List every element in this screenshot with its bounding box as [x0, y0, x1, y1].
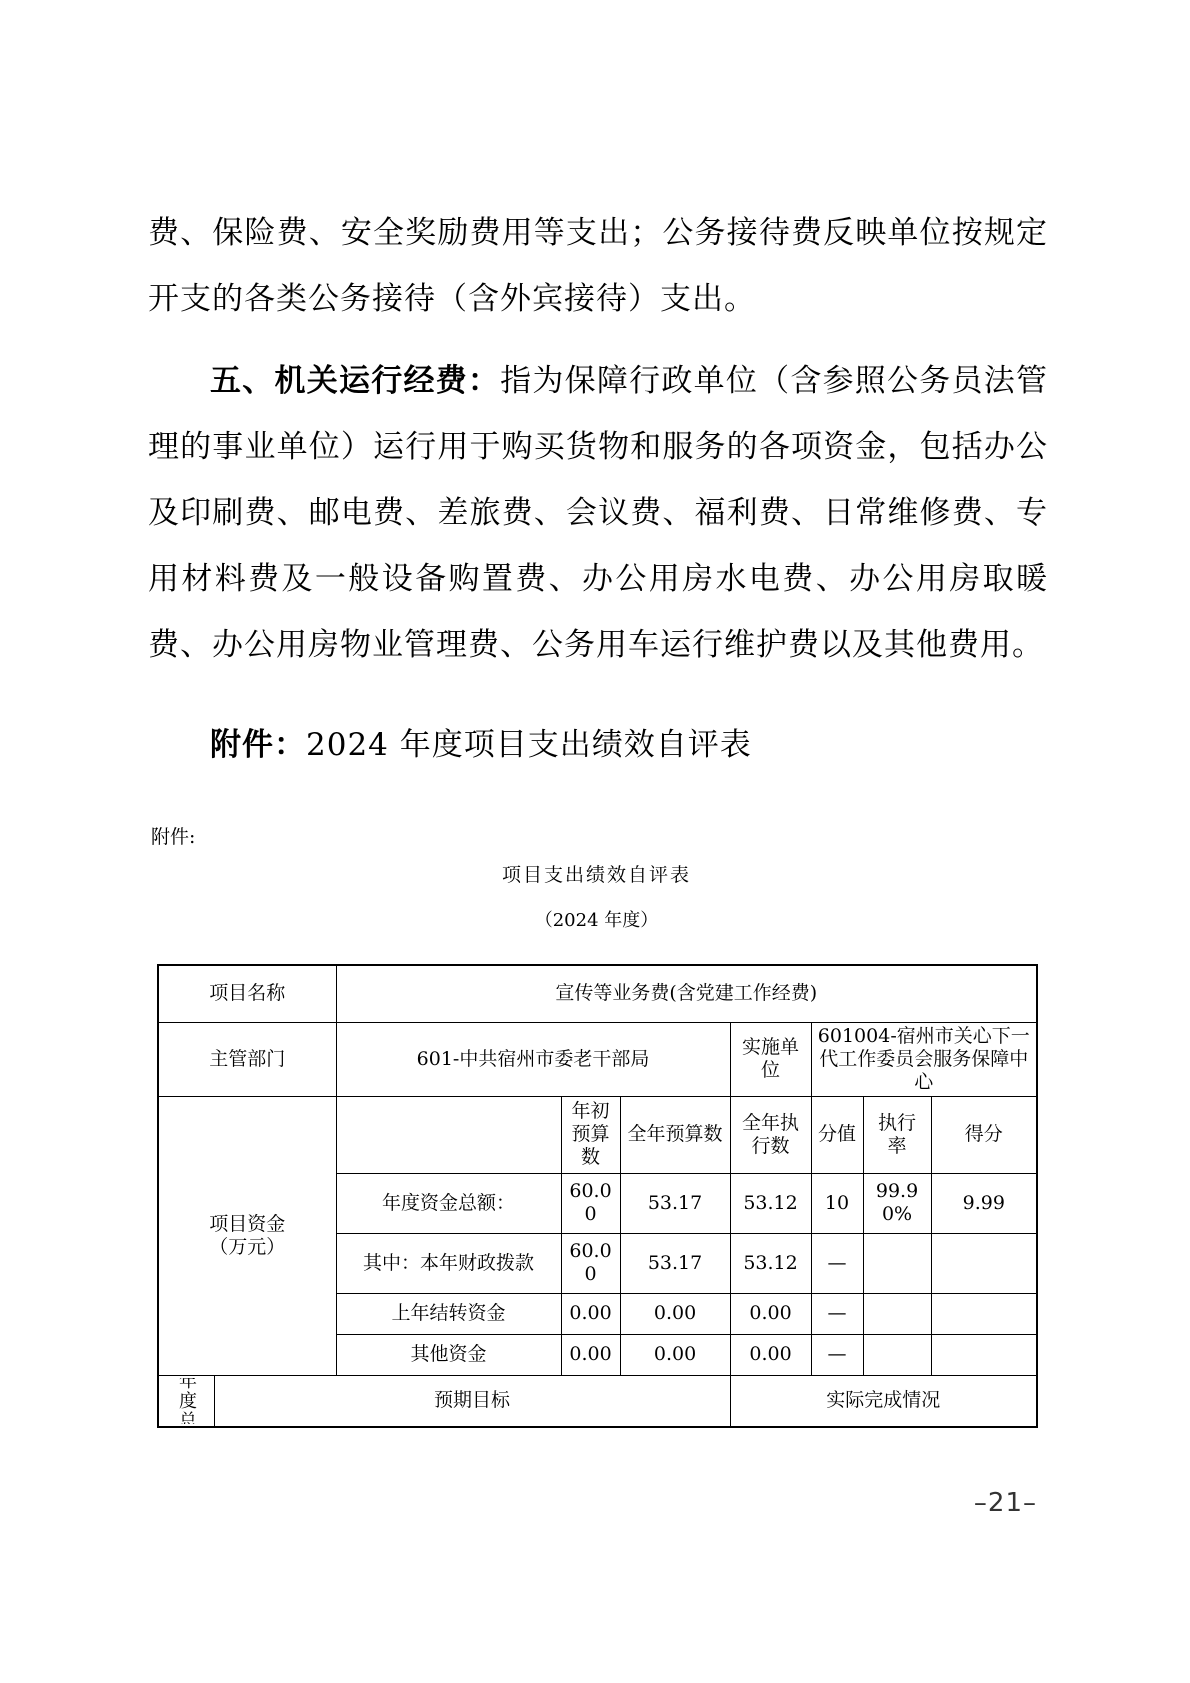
dept-value: 601-中共宿州市委老干部局 [336, 1022, 730, 1096]
cell-score [931, 1233, 1037, 1293]
document-page: { "document": { "para1": "费、保险费、安全奖励费用等支… [0, 0, 1190, 1683]
table-row-goals: 年度总体目标 预期目标 实际完成情况 [158, 1375, 1037, 1427]
row-name: 其中：本年财政拨款 [336, 1233, 561, 1293]
header-annual-exec: 全年执行数 [730, 1096, 811, 1173]
cell-score-weight: — [811, 1334, 863, 1375]
project-funds-label: 项目资金 （万元） [158, 1096, 336, 1375]
cell-score [931, 1334, 1037, 1375]
cell-initial-budget: 0.00 [561, 1293, 620, 1334]
cell-exec-rate: 99.90% [863, 1173, 931, 1233]
header-annual-budget: 全年预算数 [620, 1096, 730, 1173]
dept-label: 主管部门 [158, 1022, 336, 1096]
cell-annual-budget: 0.00 [620, 1334, 730, 1375]
cell-exec-rate [863, 1293, 931, 1334]
header-score: 得分 [931, 1096, 1037, 1173]
cell-annual-budget: 53.17 [620, 1173, 730, 1233]
table-row-project-name: 项目名称 宣传等业务费(含党建工作经费) [158, 965, 1037, 1022]
cell-annual-budget: 0.00 [620, 1293, 730, 1334]
actual-completion-label: 实际完成情况 [730, 1375, 1037, 1427]
impl-unit-value: 601004-宿州市关心下一代工作委员会服务保障中心 [811, 1022, 1037, 1096]
attachment-reference-line: 附件：2024 年度项目支出绩效自评表 [148, 712, 1048, 778]
expected-goal-label: 预期目标 [214, 1375, 730, 1427]
header-exec-rate: 执行率 [863, 1096, 931, 1173]
cell-initial-budget: 60.00 [561, 1173, 620, 1233]
cell-annual-exec: 53.12 [730, 1233, 811, 1293]
cell-score-weight: — [811, 1293, 863, 1334]
fund-header-blank [336, 1096, 561, 1173]
page-number: –21– [974, 1488, 1037, 1518]
row-name: 年度资金总额： [336, 1173, 561, 1233]
row-name: 其他资金 [336, 1334, 561, 1375]
paragraph-agency-operating-costs: 五、机关运行经费：指为保障行政单位（含参照公务员法管理的事业单位）运行用于购买货… [148, 348, 1048, 678]
attachment-table-subtitle: （2024 年度） [157, 906, 1036, 932]
table-row-fund-headers: 项目资金 （万元） 年初预算数 全年预算数 全年执行数 分值 执行率 得分 [158, 1096, 1037, 1173]
cell-annual-exec: 0.00 [730, 1334, 811, 1375]
cell-score-weight: 10 [811, 1173, 863, 1233]
attachment-table-title: 项目支出绩效自评表 [157, 860, 1036, 887]
cell-exec-rate [863, 1233, 931, 1293]
performance-self-eval-table: 项目名称 宣传等业务费(含党建工作经费) 主管部门 601-中共宿州市委老干部局… [157, 964, 1038, 1428]
paragraph-lead-bold: 五、机关运行经费： [210, 363, 500, 399]
cell-initial-budget: 0.00 [561, 1334, 620, 1375]
attachment-ref-text: 2024 年度项目支出绩效自评表 [306, 727, 752, 763]
annual-overall-goal-clip: 年度总体目标 [165, 1378, 214, 1424]
cell-annual-budget: 53.17 [620, 1233, 730, 1293]
annual-overall-goal-cell: 年度总体目标 [158, 1375, 214, 1427]
attachment-label: 附件: [151, 822, 195, 849]
body-text: 费、保险费、安全奖励费用等支出；公务接待费反映单位按规定开支的各类公务接待（含外… [148, 200, 1048, 778]
cell-score: 9.99 [931, 1173, 1037, 1233]
impl-unit-label: 实施单位 [730, 1022, 811, 1096]
cell-score-weight: — [811, 1233, 863, 1293]
paragraph-expense-continuation: 费、保险费、安全奖励费用等支出；公务接待费反映单位按规定开支的各类公务接待（含外… [148, 200, 1048, 332]
row-name: 上年结转资金 [336, 1293, 561, 1334]
project-name-label: 项目名称 [158, 965, 336, 1022]
cell-exec-rate [863, 1334, 931, 1375]
cell-annual-exec: 0.00 [730, 1293, 811, 1334]
project-name-value: 宣传等业务费(含党建工作经费) [336, 965, 1037, 1022]
cell-initial-budget: 60.00 [561, 1233, 620, 1293]
table-row-department: 主管部门 601-中共宿州市委老干部局 实施单位 601004-宿州市关心下一代… [158, 1022, 1037, 1096]
cell-score [931, 1293, 1037, 1334]
header-score-weight: 分值 [811, 1096, 863, 1173]
annual-overall-goal-label: 年度总体目标 [175, 1378, 197, 1424]
cell-annual-exec: 53.12 [730, 1173, 811, 1233]
attachment-ref-lead: 附件： [210, 727, 306, 763]
paragraph-body-text: 指为保障行政单位（含参照公务员法管理的事业单位）运行用于购买货物和服务的各项资金… [148, 363, 1048, 663]
header-initial-budget: 年初预算数 [561, 1096, 620, 1173]
